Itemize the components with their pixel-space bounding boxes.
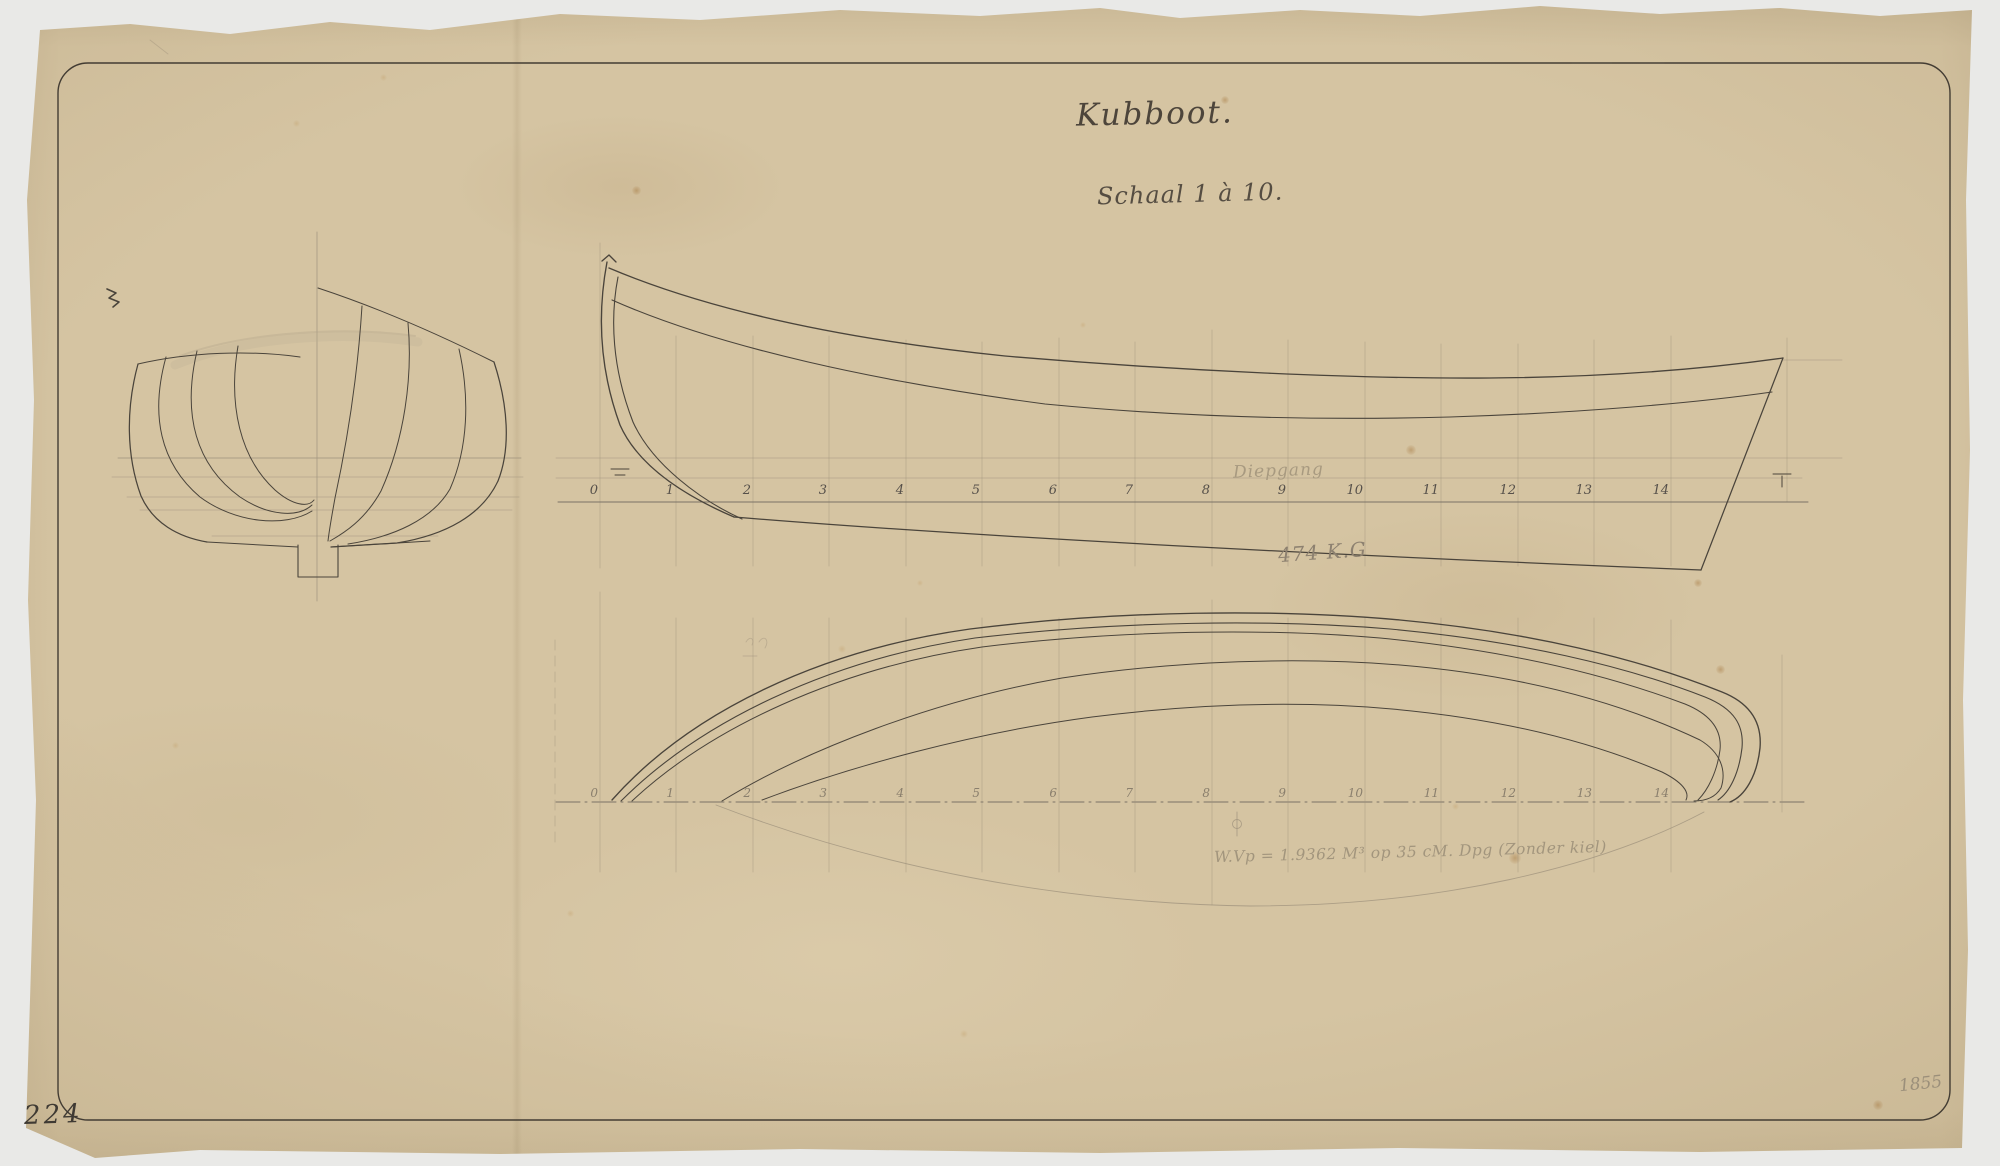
keel-slot xyxy=(298,545,338,577)
sheer-line xyxy=(609,268,1783,378)
station-label: 14 xyxy=(1651,483,1669,498)
body-plan xyxy=(107,232,523,601)
section-fore xyxy=(331,362,506,547)
station-label: 3 xyxy=(809,786,827,800)
station-label: 4 xyxy=(886,786,904,800)
plank-line xyxy=(621,623,1742,801)
station-label: 8 xyxy=(1192,786,1210,800)
half-breadth-plan xyxy=(555,592,1806,906)
pencil-scribble xyxy=(743,638,767,656)
station-label: 4 xyxy=(886,483,904,498)
bottom-fore xyxy=(331,541,430,547)
station-label: 13 xyxy=(1574,483,1592,498)
station-lines xyxy=(600,592,1782,905)
station-label: 7 xyxy=(1115,483,1133,498)
station-label: 12 xyxy=(1498,483,1516,498)
station-label: 11 xyxy=(1421,786,1439,800)
erased-pencil-ghost xyxy=(175,337,418,365)
sheer-plan xyxy=(556,243,1842,570)
plank-line xyxy=(632,632,1720,801)
section-fore xyxy=(328,306,362,541)
stem-inner xyxy=(614,277,742,519)
waterline-mark-bow xyxy=(611,469,629,475)
scan-backdrop: Kubboot. Schaal 1 à 10. Diepgang 474 K.G… xyxy=(0,0,2000,1166)
station-label: 14 xyxy=(1651,786,1669,800)
border-frame xyxy=(58,63,1950,1120)
station-label: 11 xyxy=(1421,483,1439,498)
station-label: 2 xyxy=(733,483,751,498)
keel-line xyxy=(734,517,1701,570)
station-label: 2 xyxy=(733,786,751,800)
waterline-curve xyxy=(722,661,1723,801)
station-label: 6 xyxy=(1039,786,1057,800)
sheet-title: Kubboot. xyxy=(1076,94,1235,133)
scratch-mark xyxy=(150,40,168,54)
section-aft xyxy=(129,364,207,542)
station-label: 1 xyxy=(656,786,674,800)
diepgang-label: Diepgang xyxy=(1233,459,1325,482)
sheer-edge-fore xyxy=(318,288,494,362)
station-label: 9 xyxy=(1268,483,1286,498)
station-label: 10 xyxy=(1345,483,1363,498)
station-label: 9 xyxy=(1268,786,1286,800)
station-label: 10 xyxy=(1345,786,1363,800)
station-label: 6 xyxy=(1039,483,1057,498)
scale-note: Schaal 1 à 10. xyxy=(1097,178,1284,211)
waterline-mark-stern xyxy=(1773,474,1791,487)
station-label: 5 xyxy=(962,483,980,498)
section-aft xyxy=(191,351,312,513)
station-label: 0 xyxy=(580,786,598,800)
station-label: 5 xyxy=(962,786,980,800)
station-label: 0 xyxy=(580,483,598,498)
station-label: 1 xyxy=(656,483,674,498)
drawing-linework xyxy=(0,0,2000,1166)
ink-scribble xyxy=(107,289,119,307)
section-fore xyxy=(348,349,466,544)
stem-head xyxy=(602,255,616,262)
section-aft xyxy=(159,357,312,521)
section-aft xyxy=(235,346,314,504)
stem-outer xyxy=(601,262,734,517)
catalog-number: 224 xyxy=(23,1099,83,1131)
section-fore xyxy=(330,323,409,541)
station-label: 3 xyxy=(809,483,827,498)
station-label: 7 xyxy=(1115,786,1133,800)
station-label: 8 xyxy=(1192,483,1210,498)
station-label: 12 xyxy=(1498,786,1516,800)
rail-line xyxy=(612,300,1772,418)
station-label: 13 xyxy=(1574,786,1592,800)
transom xyxy=(1701,358,1783,570)
bottom-aft xyxy=(207,542,298,547)
